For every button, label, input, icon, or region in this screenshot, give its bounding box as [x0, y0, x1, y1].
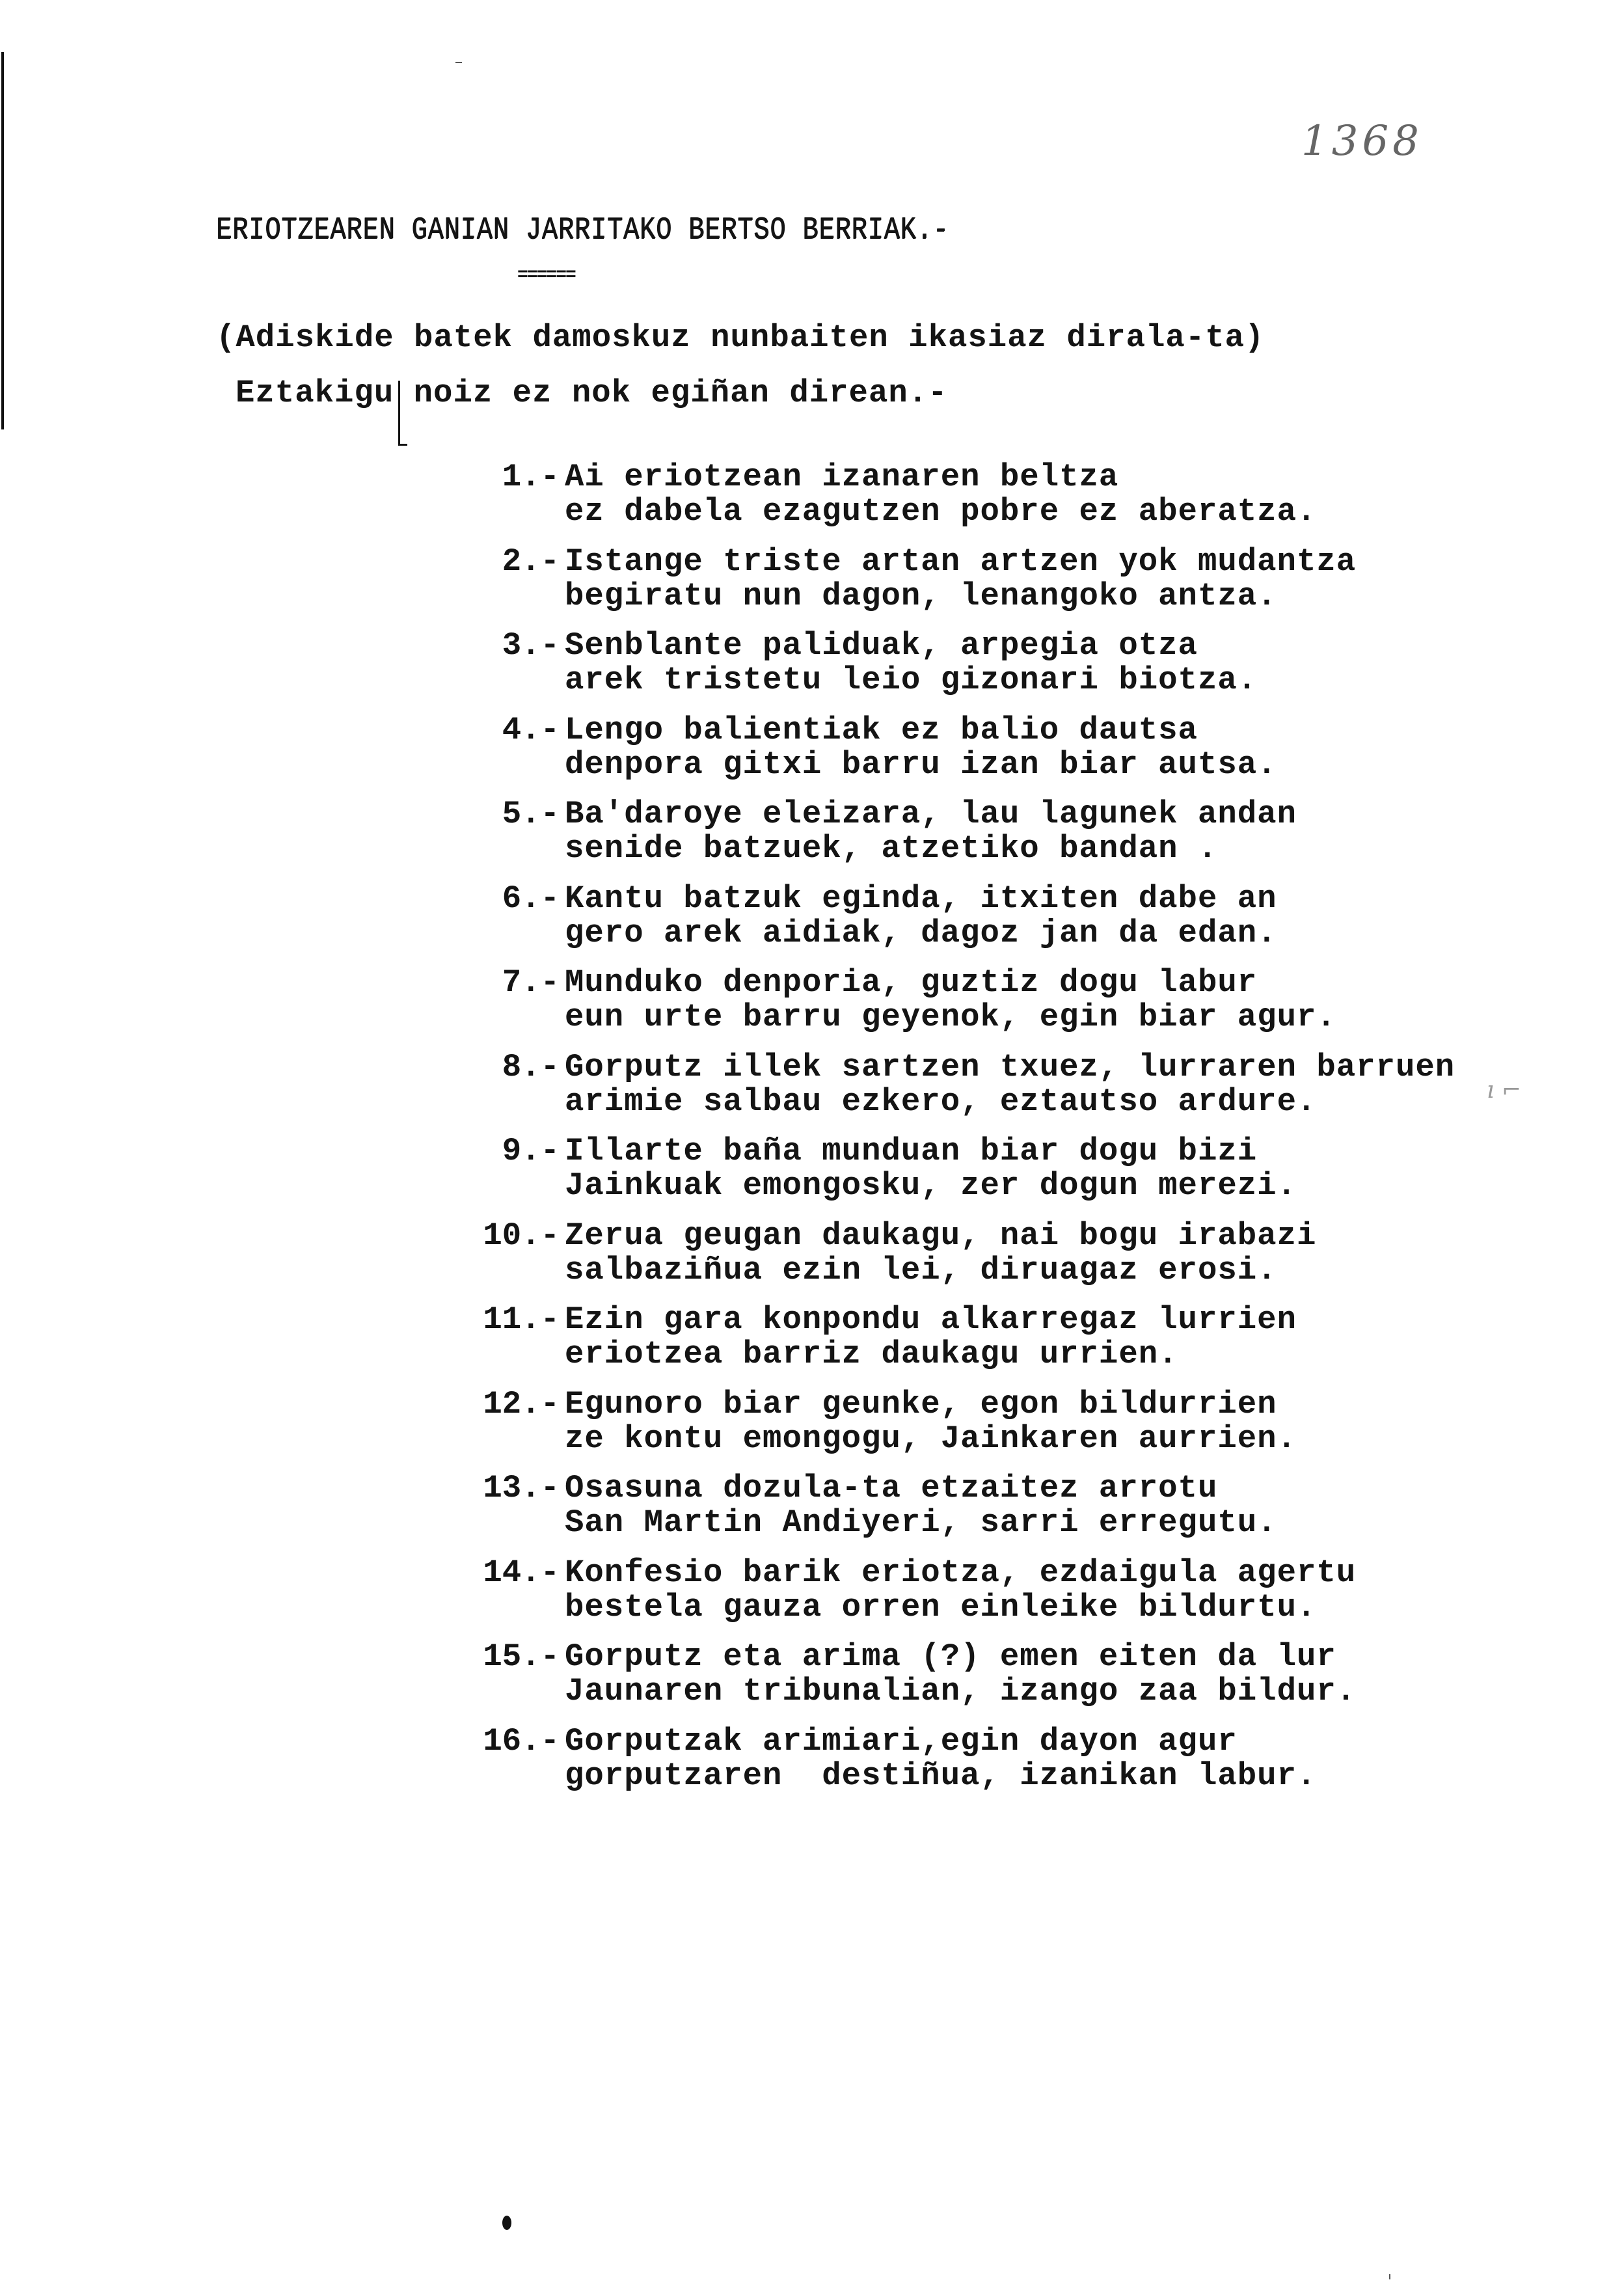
verse-line-2: salbaziñua ezin lei, diruagaz erosi. — [565, 1252, 1277, 1288]
verse-line-2: denpora gitxi barru izan biar autsa. — [565, 746, 1277, 783]
verse-line-2: begiratu nun dagon, lenangoko antza. — [565, 578, 1277, 614]
verse-line-1: Ai eriotzean izanaren beltza — [565, 459, 1118, 495]
verse-number: 9.- — [502, 1133, 560, 1169]
verse-line-1: Zerua geugan daukagu, nai bogu irabazi — [565, 1217, 1316, 1254]
verse-number: 14.- — [483, 1555, 560, 1591]
title-double-underline: ====== — [517, 265, 575, 286]
verse-number: 1.- — [502, 459, 560, 495]
verse-number: 2.- — [502, 543, 560, 580]
verse-line-1: Lengo balientiak ez balio dautsa — [565, 712, 1198, 748]
verse-line-1: Kantu batzuk eginda, itxiten dabe an — [565, 880, 1277, 917]
document-subtitle: (Adiskide batek damoskuz nunbaiten ikasi… — [216, 322, 1264, 354]
verse-line-1: Senblante paliduak, arpegia otza — [565, 627, 1198, 664]
verse-line-1: Ba'daroye eleizara, lau lagunek andan — [565, 796, 1297, 832]
verse-line-2: Jainkuak emongosku, zer dogun merezi. — [565, 1167, 1297, 1204]
verse-line-2: arek tristetu leio gizonari biotza. — [565, 662, 1257, 698]
verse-number: 12.- — [483, 1386, 560, 1422]
verse-line-1: Konfesio barik eriotza, ezdaigula agertu — [565, 1555, 1356, 1591]
verse-line-2: ze kontu emongogu, Jainkaren aurrien. — [565, 1420, 1297, 1457]
scan-speck — [455, 62, 462, 63]
verse-line-2: eriotzea barriz daukagu urrien. — [565, 1336, 1178, 1372]
verse-line-2: arimie salbau ezkero, eztautso ardure. — [565, 1083, 1316, 1120]
verse-number: 3.- — [502, 627, 560, 664]
verse-line-2: eun urte barru geyenok, egin biar agur. — [565, 999, 1336, 1035]
document-title: ERIOTZEAREN GANIAN JARRITAKO BERTSO BERR… — [216, 215, 949, 246]
verse-line-1: Munduko denporia, guztiz dogu labur — [565, 964, 1257, 1001]
verse-line-1: Istange triste artan artzen yok mudantza — [565, 543, 1356, 580]
verse-line-1: Egunoro biar geunke, egon bildurrien — [565, 1386, 1277, 1422]
verse-number: 16.- — [483, 1723, 560, 1759]
verse-line-2: bestela gauza orren einleike bildurtu. — [565, 1589, 1316, 1625]
verse-number: 15.- — [483, 1638, 560, 1675]
handwritten-page-number: 1368 — [1301, 117, 1423, 165]
verse-number: 10.- — [483, 1217, 560, 1254]
verse-line-2: San Martin Andiyeri, sarri erregutu. — [565, 1504, 1277, 1541]
verse-line-2: ez dabela ezagutzen pobre ez aberatza. — [565, 493, 1316, 530]
verse-line-1: Ezin gara konpondu alkarregaz lurrien — [565, 1301, 1297, 1338]
verse-number: 11.- — [483, 1301, 560, 1338]
verse-line-1: Illarte baña munduan biar dogu bizi — [565, 1133, 1257, 1169]
verse-line-2: Jaunaren tribunalian, izango zaa bildur. — [565, 1673, 1356, 1709]
verse-number: 7.- — [502, 964, 560, 1001]
verse-line-1: Osasuna dozula-ta etzaitez arrotu — [565, 1470, 1217, 1506]
verse-line-1: Gorputzak arimiari,egin dayon agur — [565, 1723, 1238, 1759]
scan-speck — [1389, 2274, 1390, 2279]
verse-number: 5.- — [502, 796, 560, 832]
margin-smudge-mark: ı ⌐ — [1487, 1077, 1521, 1104]
punch-hole-mark — [502, 2216, 511, 2230]
verse-line-2: gero arek aidiak, dagoz jan da edan. — [565, 915, 1277, 951]
verse-number: 8.- — [502, 1049, 560, 1085]
scan-edge-line — [1, 52, 4, 429]
verse-number: 4.- — [502, 712, 560, 748]
verse-number: 13.- — [483, 1470, 560, 1506]
handwritten-correction-mark — [398, 381, 400, 446]
verse-line-1: Gorputz illek sartzen txuez, lurraren ba… — [565, 1049, 1455, 1085]
verse-line-1: Gorputz eta arima (?) emen eiten da lur — [565, 1638, 1336, 1675]
authorship-note: Eztakigu noiz ez nok egiñan direan.- — [236, 377, 948, 409]
verse-line-2: gorputzaren destiñua, izanikan labur. — [565, 1758, 1316, 1794]
verse-number: 6.- — [502, 880, 560, 917]
verse-line-2: senide batzuek, atzetiko bandan . — [565, 830, 1217, 867]
